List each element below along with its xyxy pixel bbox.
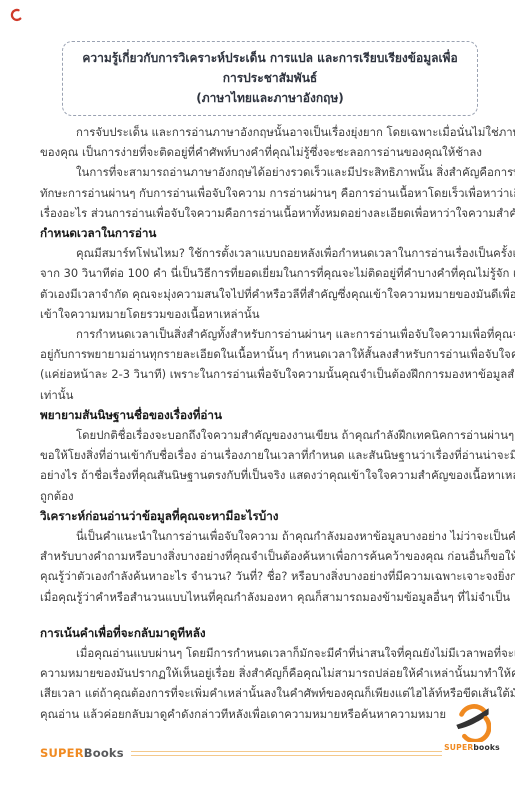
- text-line: ของคุณ เป็นการง่ายที่จะติดอยู่ที่คำศัพท์…: [40, 142, 478, 162]
- text-line: การกำหนดเวลาเป็นสิ่งสำคัญทั้งสำหรับการอ่…: [40, 324, 478, 344]
- paragraph: การกำหนดเวลาเป็นสิ่งสำคัญทั้งสำหรับการอ่…: [40, 324, 478, 405]
- text-line: (แค่ย่อหน้าละ 2-3 วินาที) เพราะในการอ่าน…: [40, 364, 478, 384]
- section-heading: การเน้นคำเพื่อที่จะกลับมาดูทีหลัง: [40, 623, 478, 643]
- text-line: เข้าใจความหมายโดยรวมของเนื้อหาเหล่านั้น: [40, 304, 478, 324]
- text-line: ถูกต้อง: [40, 486, 478, 506]
- text-line: สำหรับบางคำถามหรือบางสิ่งบางอย่างที่คุณจ…: [40, 546, 478, 566]
- text-line: คุณมีสมาร์ทโฟนไหม? ใช้การตั้งเวลาแบบถอยห…: [40, 243, 478, 263]
- publisher-logo: SUPERbooks: [443, 702, 501, 752]
- red-scribble-mark-icon: [7, 6, 23, 22]
- text-line: ขอให้โยงสิ่งที่อ่านเข้ากับชื่อเรื่อง อ่า…: [40, 445, 478, 465]
- logo-text-prefix: SUPER: [444, 743, 473, 752]
- document-body: การจับประเด็น และการอ่านภาษาอังกฤษนั้นอา…: [40, 122, 478, 724]
- footer-brand-suffix: Books: [84, 746, 124, 760]
- text-line: ตัวเองมีเวลาจำกัด คุณจะมุ่งความสนใจไปที่…: [40, 284, 478, 304]
- paragraph: เมื่อคุณอ่านแบบผ่านๆ โดยมีการกำหนดเวลาก็…: [40, 643, 478, 724]
- title-box: ความรู้เกี่ยวกับการวิเคราะห์ประเด็น การแ…: [62, 41, 478, 116]
- text-line: เสียเวลา แต่ถ้าคุณต้องการที่จะเพิ่มคำเหล…: [40, 683, 478, 703]
- section-heading: กำหนดเวลาในการอ่าน: [40, 223, 478, 243]
- text-line: โดยปกติชื่อเรื่องจะบอกถึงใจความสำคัญของง…: [40, 425, 478, 445]
- document-page: ความรู้เกี่ยวกับการวิเคราะห์ประเด็น การแ…: [0, 0, 515, 792]
- text-line: ทักษะการอ่านผ่านๆ กับการอ่านเพื่อจับใจคว…: [40, 183, 478, 203]
- paragraph: ในการที่จะสามารถอ่านภาษาอังกฤษได้อย่างรว…: [40, 162, 478, 223]
- paragraph: นี่เป็นคำแนะนำในการอ่านเพื่อจับใจความ ถ้…: [40, 526, 478, 607]
- text-line: คุณอ่าน แล้วค่อยกลับมาดูคำดังกล่าวทีหลัง…: [40, 704, 478, 724]
- paragraph: คุณมีสมาร์ทโฟนไหม? ใช้การตั้งเวลาแบบถอยห…: [40, 243, 478, 324]
- page-title-line1: ความรู้เกี่ยวกับการวิเคราะห์ประเด็น การแ…: [75, 48, 465, 88]
- page-title-line2: (ภาษาไทยและภาษาอังกฤษ): [75, 88, 465, 108]
- section-spacer: [40, 607, 478, 623]
- text-line: เรื่องอะไร ส่วนการอ่านเพื่อจับใจความคือก…: [40, 203, 478, 223]
- text-line: ในการที่จะสามารถอ่านภาษาอังกฤษได้อย่างรว…: [40, 162, 478, 182]
- paragraph: การจับประเด็น และการอ่านภาษาอังกฤษนั้นอา…: [40, 122, 478, 162]
- section-heading: วิเคราะห์ก่อนอ่านว่าข้อมูลที่คุณจะหามีอะ…: [40, 506, 478, 526]
- text-line: การจับประเด็น และการอ่านภาษาอังกฤษนั้นอา…: [40, 122, 478, 142]
- text-line: ความหมายของมันปรากฏให้เห็นอยู่เรื่อย สิ่…: [40, 663, 478, 683]
- footer: SUPERBooks: [40, 746, 442, 760]
- footer-brand: SUPERBooks: [40, 746, 124, 760]
- text-line: นี่เป็นคำแนะนำในการอ่านเพื่อจับใจความ ถ้…: [40, 526, 478, 546]
- paragraph: โดยปกติชื่อเรื่องจะบอกถึงใจความสำคัญของง…: [40, 425, 478, 506]
- section-heading: พยายามสันนิษฐานชื่อของเรื่องที่อ่าน: [40, 405, 478, 425]
- text-line: คุณรู้ว่าตัวเองกำลังค้นหาอะไร จำนวน? วัน…: [40, 566, 478, 586]
- text-line: เมื่อคุณรู้ว่าคำหรือสำนวนแบบไหนที่คุณกำล…: [40, 587, 478, 607]
- text-line: เมื่อคุณอ่านแบบผ่านๆ โดยมีการกำหนดเวลาก็…: [40, 643, 478, 663]
- text-line: เท่านั้น: [40, 385, 478, 405]
- text-line: อยู่กับการพยายามอ่านทุกรายละเอียดในเนื้อ…: [40, 344, 478, 364]
- publisher-logo-text: SUPERbooks: [443, 743, 501, 752]
- text-line: อย่างไร ถ้าชื่อเรื่องที่คุณสันนิษฐานตรงก…: [40, 465, 478, 485]
- text-line: จาก 30 วินาทีต่อ 100 คำ นี่เป็นวิธีการที…: [40, 263, 478, 283]
- footer-divider-rule: [131, 751, 442, 756]
- logo-text-suffix: books: [473, 743, 499, 752]
- superbooks-swoosh-logo-icon: [453, 702, 491, 742]
- footer-brand-prefix: SUPER: [40, 746, 84, 760]
